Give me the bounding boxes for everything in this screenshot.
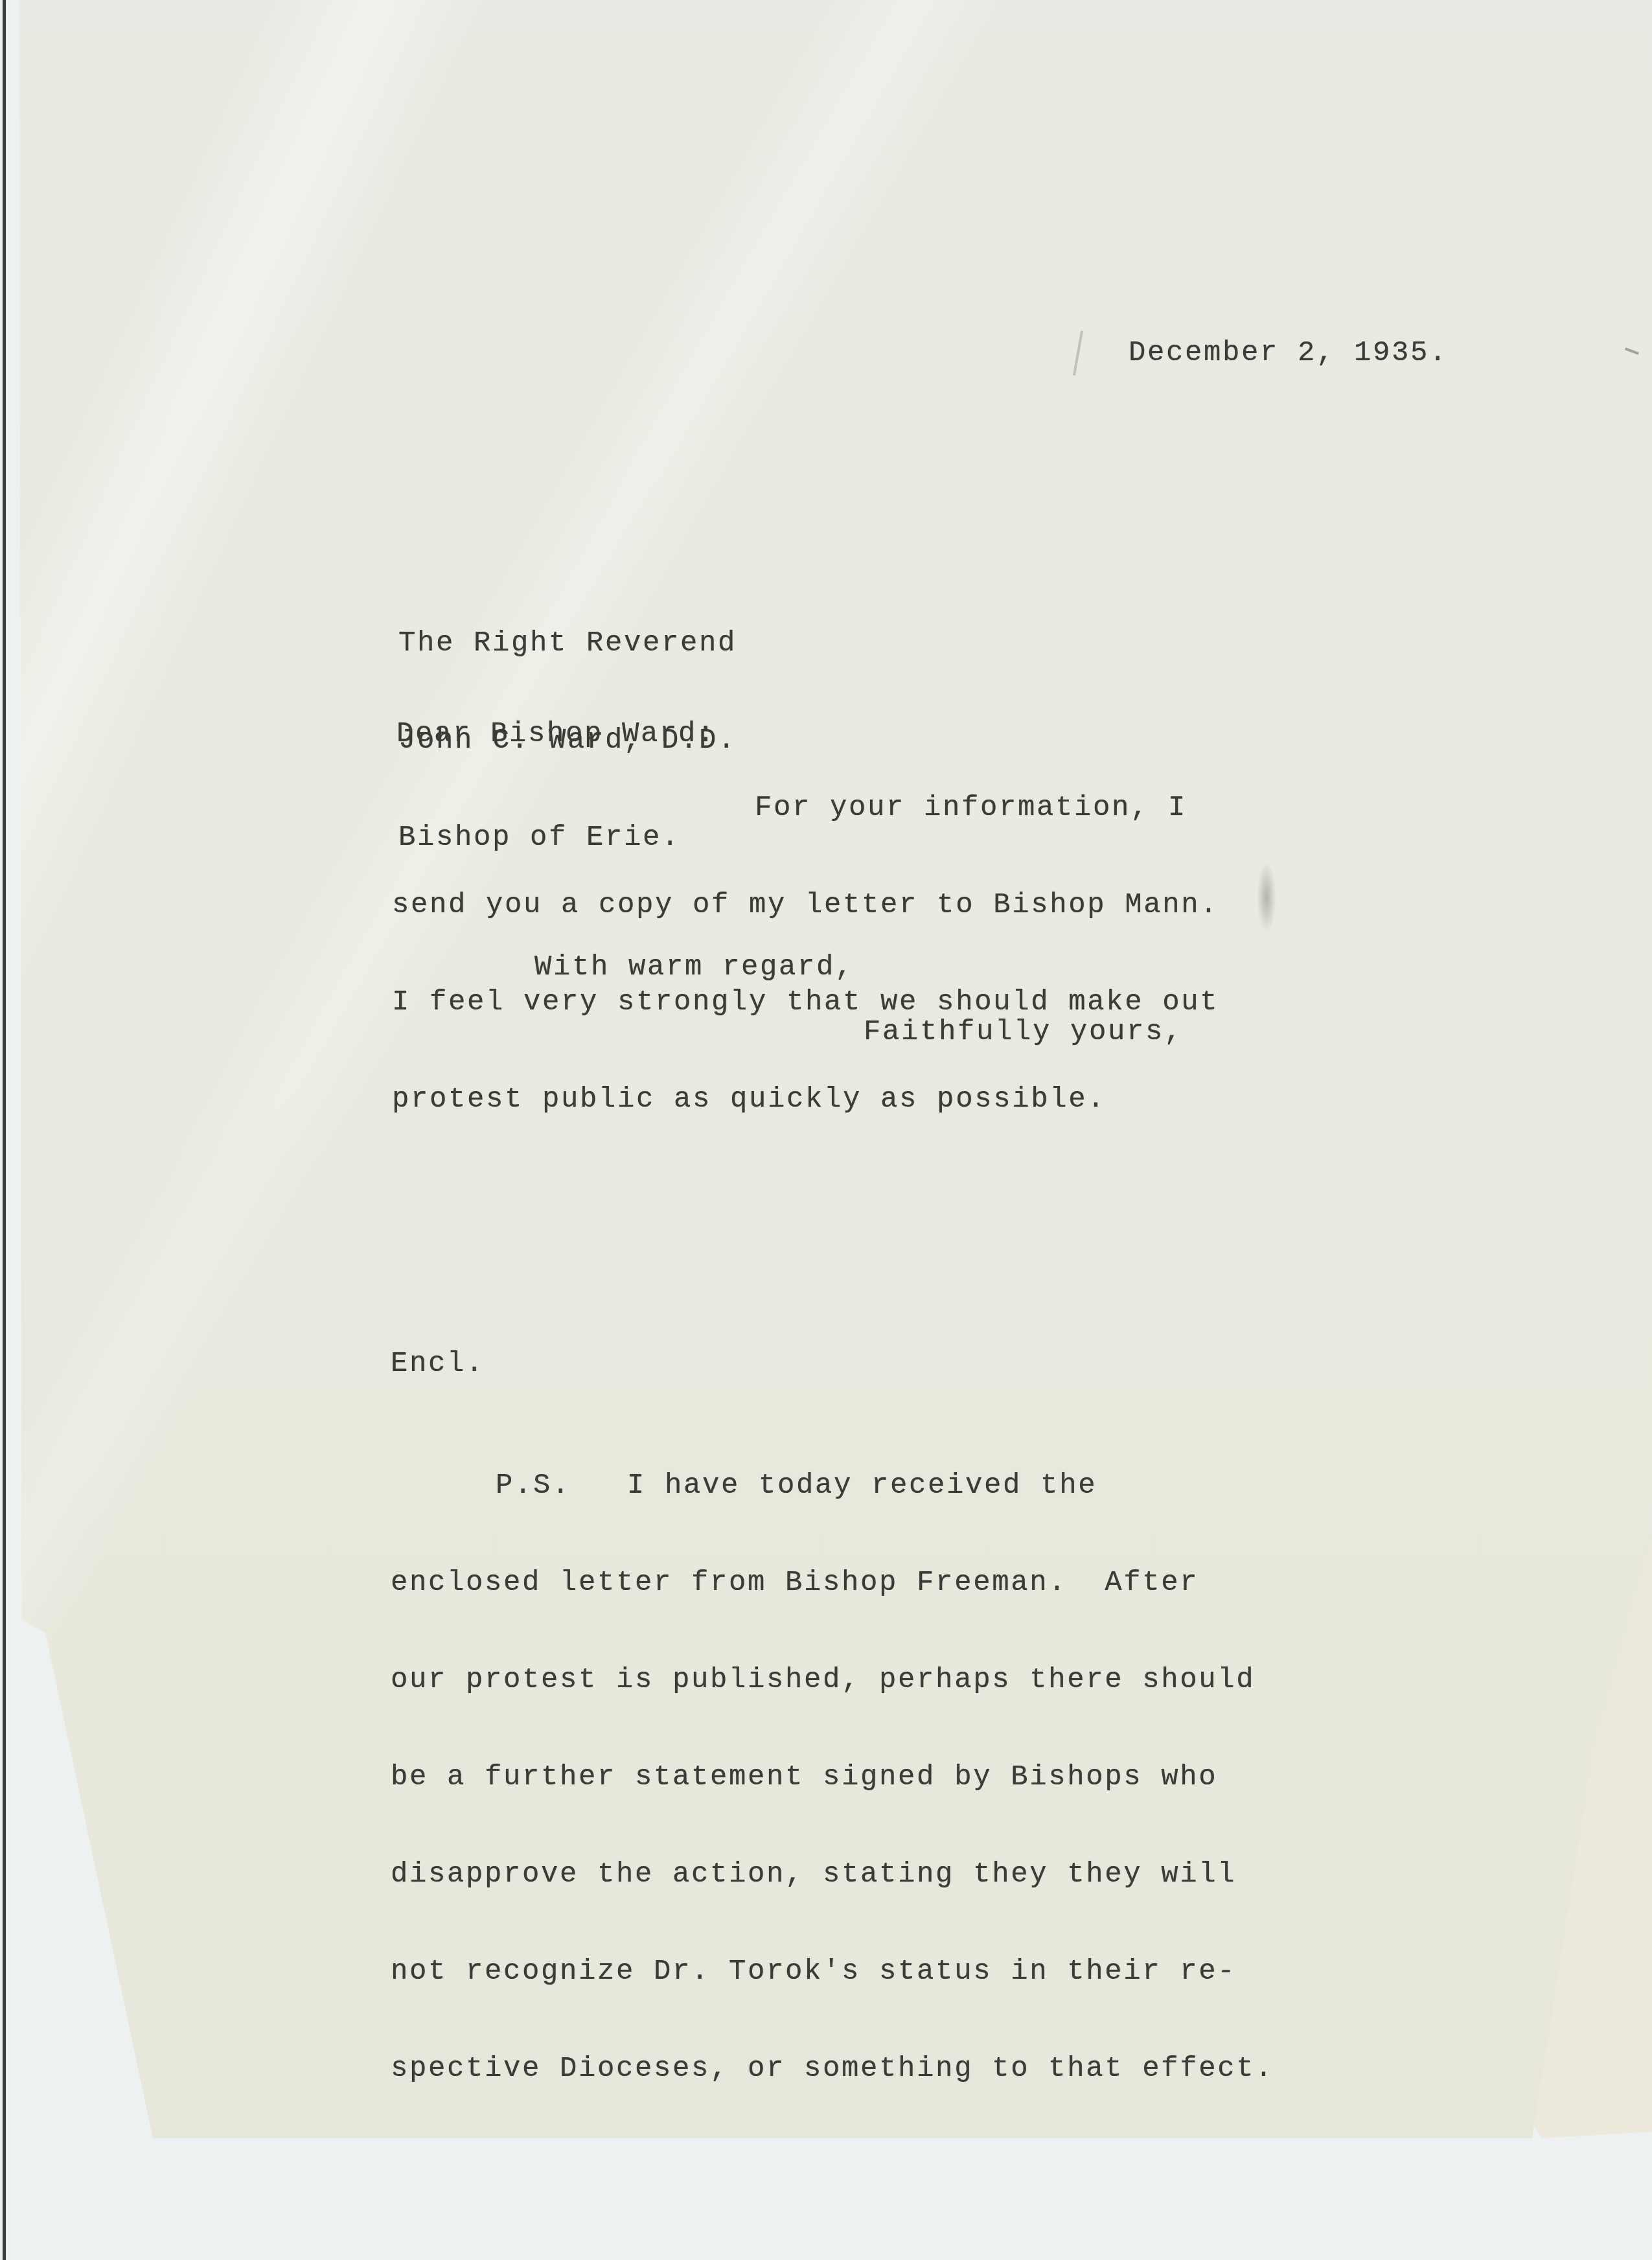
postscript-line: spective Dioceses, or something to that … <box>391 2053 1274 2085</box>
body-line: protest public as quickly as possible. <box>392 1083 1219 1116</box>
body-first-line: For your information, I <box>755 792 1187 824</box>
enclosure-note: Encl. <box>391 1348 485 1380</box>
postscript-line: be a further statement signed by Bishops… <box>391 1761 1274 1793</box>
body-line: I feel very strongly that we should make… <box>392 986 1219 1019</box>
postscript-line: enclosed letter from Bishop Freeman. Aft… <box>391 1567 1274 1599</box>
postscript-paragraph: enclosed letter from Bishop Freeman. Aft… <box>391 1502 1274 2117</box>
letter-date: December 2, 1935. <box>1129 337 1448 369</box>
postscript-line: not recognize Dr. Torok's status in thei… <box>391 1955 1274 1988</box>
postscript-line: disapprove the action, stating they they… <box>391 1858 1274 1891</box>
salutation: Dear Bishop Ward: <box>396 718 716 750</box>
postscript-first-line: P.S. I have today received the <box>496 1470 1097 1502</box>
ink-smudge <box>1257 862 1276 933</box>
postscript-line: our protest is published, perhaps there … <box>391 1664 1274 1696</box>
recipient-title: The Right Reverend <box>398 627 737 660</box>
scanner-edge-line <box>3 0 6 2260</box>
body-line: send you a copy of my letter to Bishop M… <box>392 889 1219 921</box>
closing-regard: With warm regard, <box>534 951 854 984</box>
body-paragraph: send you a copy of my letter to Bishop M… <box>392 824 1219 1148</box>
closing-sign-off: Faithfully yours, <box>864 1016 1183 1048</box>
